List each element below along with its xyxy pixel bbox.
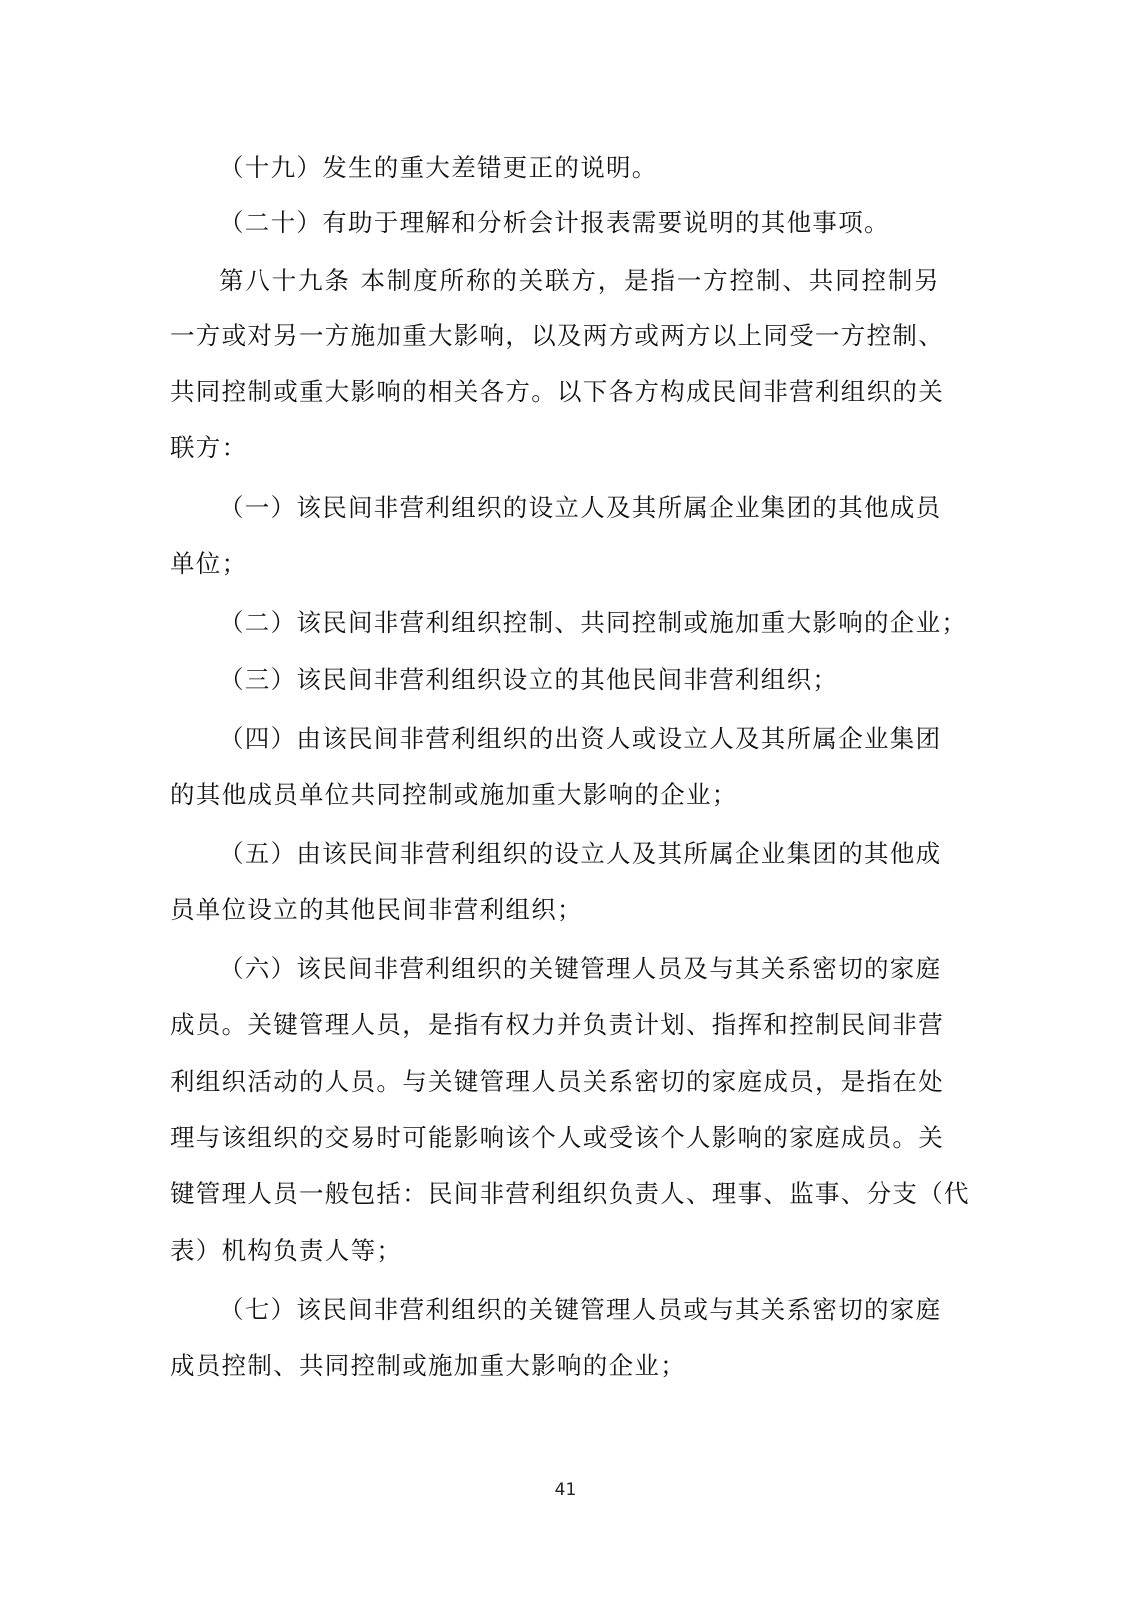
- related-party-5-line-1: （五）由该民间非营利组织的设立人及其所属企业集团的其他成: [219, 826, 940, 882]
- document-page: （十九）发生的重大差错更正的说明。 （二十）有助于理解和分析会计报表需要说明的其…: [0, 0, 1131, 1600]
- related-party-6-line-6: 表）机构负责人等；: [170, 1223, 402, 1279]
- related-party-2-line: （二）该民间非营利组织控制、共同控制或施加重大影响的企业；: [219, 595, 940, 651]
- related-party-6-line-4: 理与该组织的交易时可能影响该个人或受该个人影响的家庭成员。关: [170, 1110, 940, 1166]
- article-89-line-1: 第八十九条 本制度所称的关联方，是指一方控制、共同控制另: [219, 253, 940, 309]
- related-party-6-line-2: 成员。关键管理人员，是指有权力并负责计划、指挥和控制民间非营: [170, 997, 940, 1053]
- related-party-6-line-5: 键管理人员一般包括：民间非营利组织负责人、理事、监事、分支（代: [170, 1166, 940, 1222]
- related-party-4-line-1: （四）由该民间非营利组织的出资人或设立人及其所属企业集团: [219, 711, 940, 767]
- related-party-5-line-2: 员单位设立的其他民间非营利组织；: [170, 882, 583, 938]
- related-party-3-line: （三）该民间非营利组织设立的其他民间非营利组织；: [219, 652, 838, 708]
- related-party-1-line-2: 单位；: [170, 536, 247, 592]
- page-number: 41: [0, 1480, 1131, 1500]
- article-89-line-2: 一方或对另一方施加重大影响，以及两方或两方以上同受一方控制、: [170, 308, 940, 364]
- article-89-line-3: 共同控制或重大影响的相关各方。以下各方构成民间非营利组织的关: [170, 364, 940, 420]
- item-19-line: （十九）发生的重大差错更正的说明。: [219, 140, 658, 196]
- related-party-6-line-3: 利组织活动的人员。与关键管理人员关系密切的家庭成员，是指在处: [170, 1054, 940, 1110]
- related-party-6-line-1: （六）该民间非营利组织的关键管理人员及与其关系密切的家庭: [219, 941, 940, 997]
- item-20-line: （二十）有助于理解和分析会计报表需要说明的其他事项。: [219, 195, 890, 251]
- related-party-4-line-2: 的其他成员单位共同控制或施加重大影响的企业；: [170, 767, 738, 823]
- related-party-7-line-1: （七）该民间非营利组织的关键管理人员或与其关系密切的家庭: [219, 1282, 940, 1338]
- related-party-7-line-2: 成员控制、共同控制或施加重大影响的企业；: [170, 1338, 686, 1394]
- related-party-1-line-1: （一）该民间非营利组织的设立人及其所属企业集团的其他成员: [219, 480, 940, 536]
- article-89-line-4: 联方：: [170, 420, 247, 476]
